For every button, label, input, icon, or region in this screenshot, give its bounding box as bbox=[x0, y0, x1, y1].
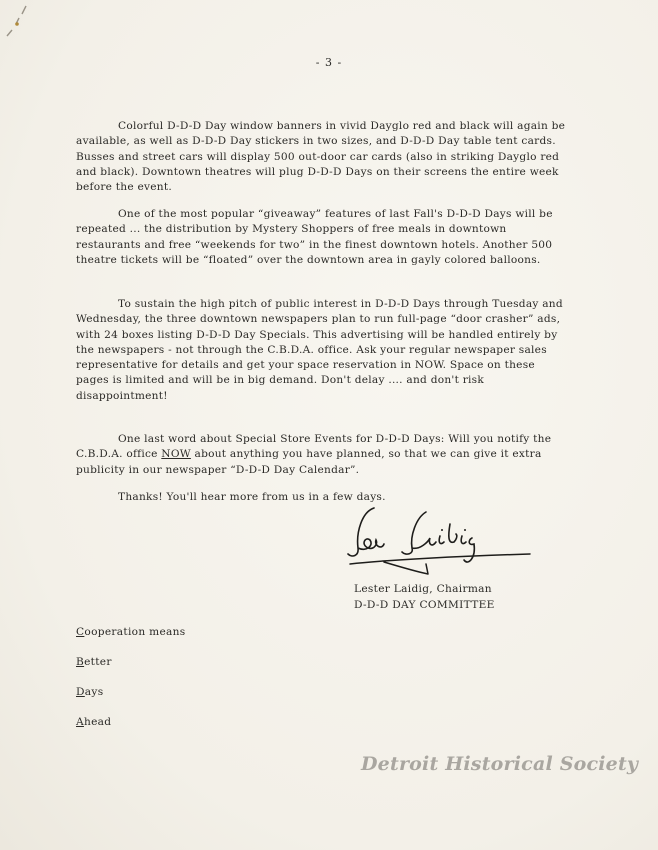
paper-corner-mark-icon bbox=[4, 2, 30, 38]
page-number: - 3 - bbox=[0, 56, 658, 69]
motto-text: ooperation means bbox=[84, 626, 185, 638]
handwritten-signature bbox=[344, 502, 534, 578]
paragraph-text: One of the most popular “giveaway” featu… bbox=[76, 208, 553, 266]
motto-line: Days bbox=[76, 686, 103, 698]
emphasis-now: NOW bbox=[161, 448, 191, 460]
watermark: Detroit Historical Society bbox=[361, 753, 638, 775]
signer-committee: D-D-D DAY COMMITTEE bbox=[354, 598, 495, 614]
paragraph-text: To sustain the high pitch of public inte… bbox=[76, 298, 563, 402]
motto-line: Better bbox=[76, 656, 112, 668]
motto-line: Cooperation means bbox=[76, 626, 186, 638]
paragraph-giveaway: One of the most popular “giveaway” featu… bbox=[76, 207, 566, 268]
paragraph-newspapers: To sustain the high pitch of public inte… bbox=[76, 297, 566, 404]
paragraph-store-events: One last word about Special Store Events… bbox=[76, 432, 566, 478]
paragraph-banners: Colorful D-D-D Day window banners in viv… bbox=[76, 119, 566, 195]
motto-text: etter bbox=[84, 656, 112, 668]
motto-text: head bbox=[84, 716, 111, 728]
motto-initial: D bbox=[76, 686, 85, 698]
signature-block: Lester Laidig, Chairman D-D-D DAY COMMIT… bbox=[354, 582, 495, 613]
motto-line: Ahead bbox=[76, 716, 111, 728]
signer-name-title: Lester Laidig, Chairman bbox=[354, 582, 495, 598]
paragraph-text: Colorful D-D-D Day window banners in viv… bbox=[76, 120, 565, 193]
motto-initial: A bbox=[76, 716, 84, 728]
motto-initial: B bbox=[76, 656, 84, 668]
motto-text: ays bbox=[85, 686, 104, 698]
document-page: - 3 - Colorful D-D-D Day window banners … bbox=[0, 0, 658, 850]
